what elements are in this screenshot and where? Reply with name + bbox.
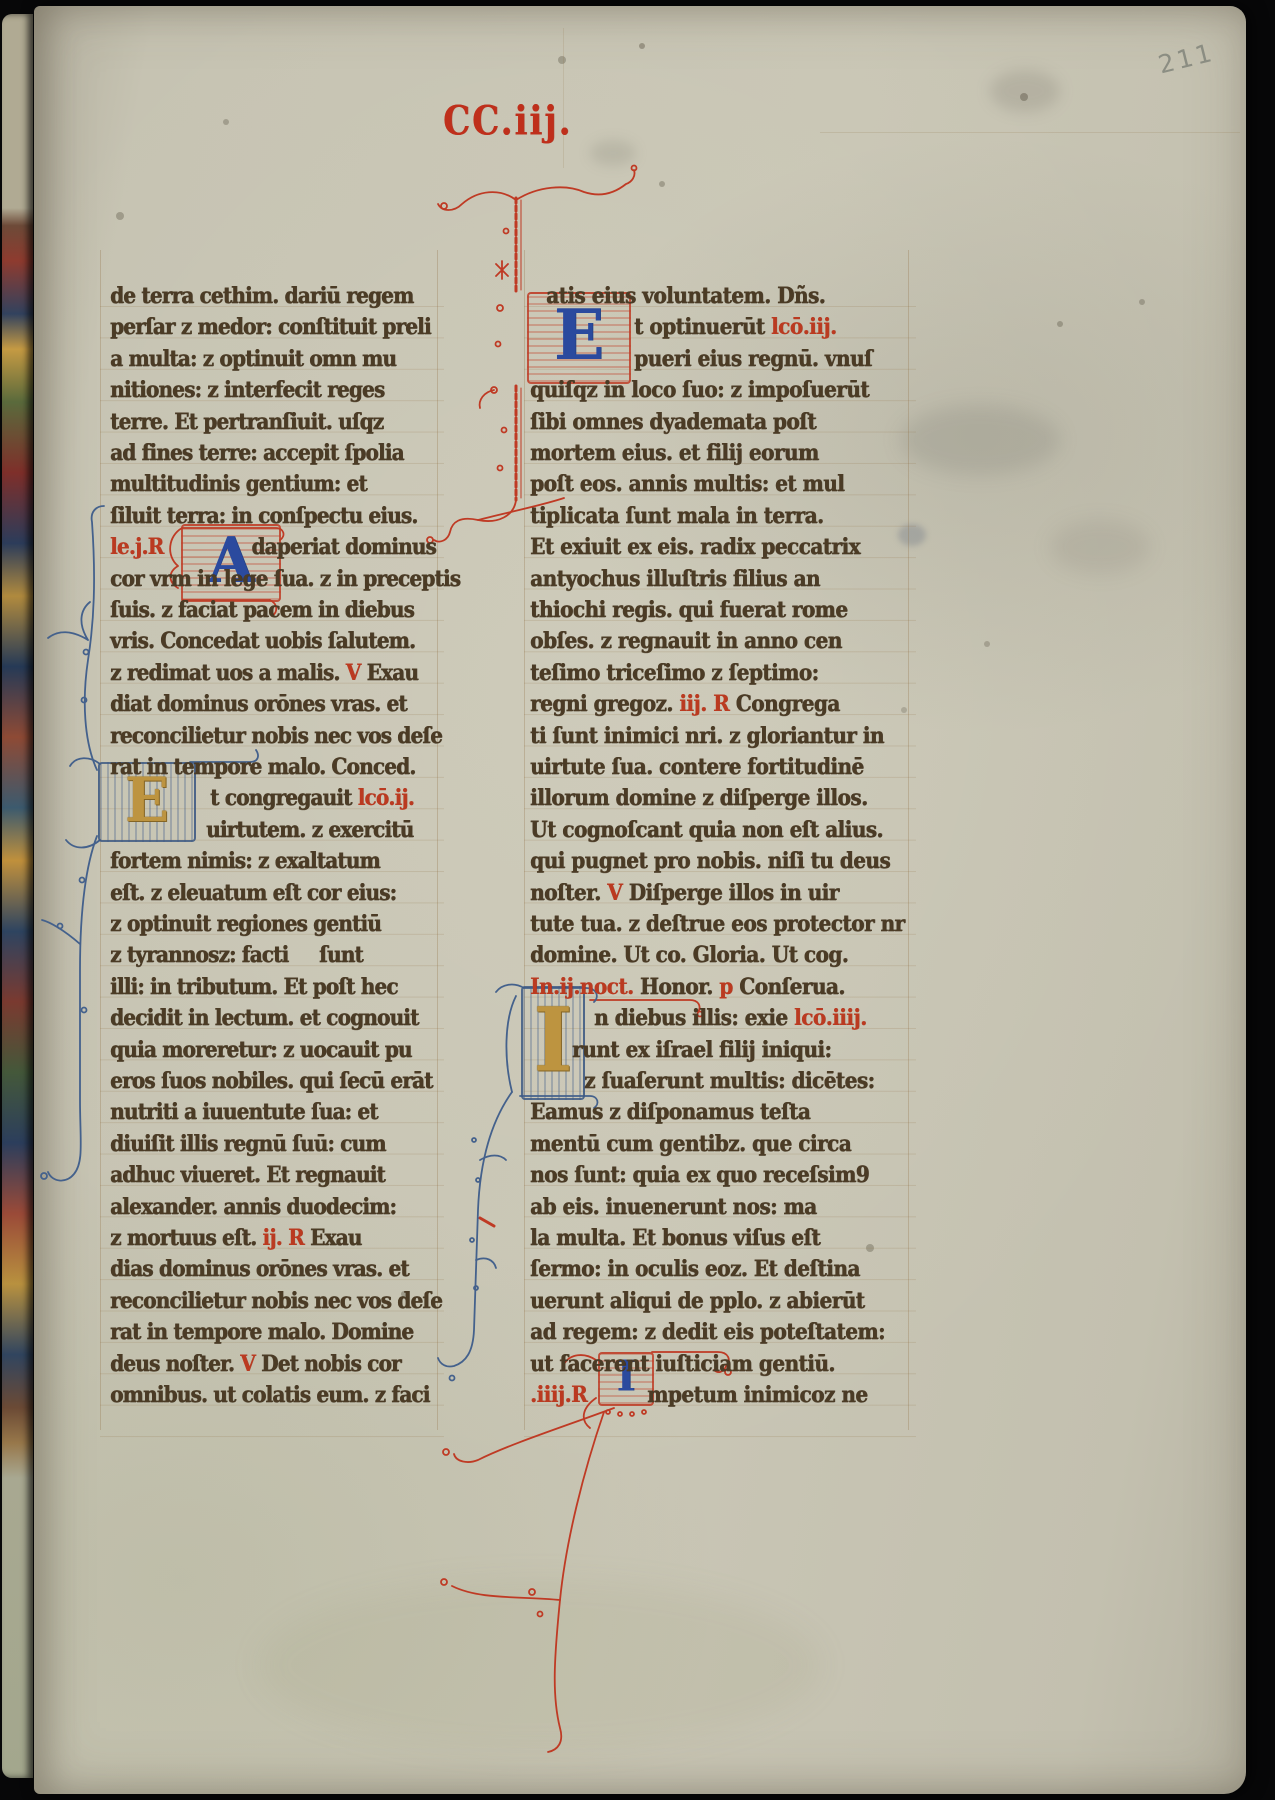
rubric-text: lcō.ij. bbox=[358, 784, 414, 810]
text-line: ut facerent iuſticiam gentiū. bbox=[530, 1349, 835, 1382]
body-text: Honor. bbox=[633, 973, 719, 999]
text-line: n diebus illis: exie lcō.iiij. bbox=[530, 1003, 867, 1036]
body-text: rat in tempore malo. Conced. bbox=[110, 753, 415, 779]
text-line: Eamus z diſponamus teſta bbox=[530, 1097, 810, 1130]
body-text: terre. Et pertranſiuit. uſqz bbox=[110, 408, 383, 434]
body-text: poſt eos. annis multis: et mul bbox=[530, 470, 844, 496]
page-header-roman-numeral: CC.iij. bbox=[443, 98, 572, 145]
body-text: a multa: z optinuit omn mu bbox=[110, 345, 396, 371]
body-text: cor vrm in lege ſua. z in preceptis bbox=[110, 565, 460, 591]
body-text: Diſperge illos in uir bbox=[629, 879, 839, 905]
body-text: perſar z medor: conſtituit preli bbox=[110, 313, 431, 339]
text-line: reconcilietur nobis nec vos deſe bbox=[110, 721, 442, 754]
body-text: ad regem: z dedit eis poteſtatem: bbox=[530, 1318, 885, 1344]
body-text: z redimat uos a malis. bbox=[110, 659, 346, 685]
text-line: la multa. Et bonus viſus eſt bbox=[530, 1223, 820, 1256]
body-text: diuiſit illis regnū ſuū: cum bbox=[110, 1130, 386, 1156]
body-text: obſes. z regnauit in anno cen bbox=[530, 627, 842, 653]
body-text: nitiones: z interfecit reges bbox=[110, 376, 384, 402]
rubric-text: In.ij.noct. bbox=[530, 973, 633, 999]
text-line: ti ſunt inimici nri. z gloriantur in bbox=[530, 721, 884, 754]
text-line: nutriti a iuuentute ſua: et bbox=[110, 1097, 378, 1130]
body-text: Exau bbox=[310, 1224, 361, 1250]
body-text: mentū cum gentibz. que circa bbox=[530, 1130, 851, 1156]
text-line: omnibus. ut colatis eum. z faci bbox=[110, 1380, 429, 1413]
text-line: deus noſter. V Det nobis cor bbox=[110, 1349, 401, 1382]
text-line: uirtute ſua. contere fortitudinē bbox=[530, 752, 864, 785]
body-text: rat in tempore malo. Domine bbox=[110, 1318, 413, 1344]
body-text: qui pugnet pro nobis. niſi tu deus bbox=[530, 847, 890, 873]
text-line: z mortuus eſt. ij. R Exau bbox=[110, 1223, 361, 1256]
body-text: ut facerent iuſticiam gentiū. bbox=[530, 1350, 835, 1376]
text-line: ab eis. inuenerunt nos: ma bbox=[530, 1192, 817, 1225]
text-line: perſar z medor: conſtituit preli bbox=[110, 312, 431, 345]
body-text: Exau bbox=[367, 659, 418, 685]
text-line: cor vrm in lege ſua. z in preceptis bbox=[110, 564, 460, 597]
body-text: n diebus illis: exie bbox=[594, 1004, 794, 1030]
text-line: uirtutem. z exercitū bbox=[110, 815, 413, 848]
body-text: quia moreretur: z uocauit pu bbox=[110, 1036, 412, 1062]
body-text: t optinuerūt bbox=[634, 313, 771, 339]
vertical-rule bbox=[908, 250, 909, 1430]
body-text: alexander. annis duodecim: bbox=[110, 1193, 396, 1219]
text-line: illi: in tributum. Et poſt hec bbox=[110, 972, 398, 1005]
text-line: Ut cognoſcant quia non eſt alius. bbox=[530, 815, 883, 848]
body-text: atis eius voluntatem. Dñs. bbox=[546, 282, 825, 308]
text-line: qui pugnet pro nobis. niſi tu deus bbox=[530, 846, 890, 879]
body-text: illi: in tributum. Et poſt hec bbox=[110, 973, 398, 999]
body-text: z ſuaſerunt multis: dicētes: bbox=[584, 1067, 874, 1093]
body-text: fortem nimis: z exaltatum bbox=[110, 847, 380, 873]
body-text: eros ſuos nobiles. qui ſecū erāt bbox=[110, 1067, 432, 1093]
body-text: eſt. z eleuatum eſt cor eius: bbox=[110, 879, 396, 905]
body-text: regni gregoz. bbox=[530, 690, 679, 716]
body-text: mpetum inimicoz ne bbox=[647, 1381, 867, 1407]
rubric-text: V bbox=[240, 1350, 261, 1376]
text-line: de terra cethim. dariū regem bbox=[110, 281, 413, 314]
text-line: dias dominus orōnes vras. et bbox=[110, 1254, 409, 1287]
text-line: diat dominus orōnes vras. et bbox=[110, 689, 407, 722]
text-line: alexander. annis duodecim: bbox=[110, 1192, 396, 1225]
text-line: teſimo triceſimo z ſeptimo: bbox=[530, 658, 818, 691]
text-line: a multa: z optinuit omn mu bbox=[110, 344, 396, 377]
body-text: decidit in lectum. et cognouit bbox=[110, 1004, 418, 1030]
body-text: Et exiuit ex eis. radix peccatrix bbox=[530, 533, 860, 559]
text-line: rat in tempore malo. Domine bbox=[110, 1317, 413, 1350]
text-line: regni gregoz. iij. R Congrega bbox=[530, 689, 840, 722]
rubric-text: .iiij.R bbox=[530, 1381, 587, 1407]
body-text: reconcilietur nobis nec vos deſe bbox=[110, 1287, 442, 1313]
text-line: mortem eius. et filij eorum bbox=[530, 438, 819, 471]
body-text: deus noſter. bbox=[110, 1350, 240, 1376]
text-line: z tyrannosz: facti ſunt bbox=[110, 940, 363, 973]
body-text: Det nobis cor bbox=[261, 1350, 401, 1376]
body-text: daperiat dominus bbox=[251, 533, 436, 559]
body-text: vris. Concedat uobis ſalutem. bbox=[110, 627, 415, 653]
text-line: obſes. z regnauit in anno cen bbox=[530, 626, 842, 659]
text-line: noſter. V Diſperge illos in uir bbox=[530, 878, 839, 911]
text-line: pueri eius regnū. vnuſ bbox=[530, 344, 872, 377]
vertical-rule bbox=[524, 250, 525, 1430]
text-line: decidit in lectum. et cognouit bbox=[110, 1003, 418, 1036]
text-line: eſt. z eleuatum eſt cor eius: bbox=[110, 878, 396, 911]
body-text: tiplicata ſunt mala in terra. bbox=[530, 502, 823, 528]
body-text: tute tua. z deſtrue eos protector nr bbox=[530, 910, 904, 936]
body-text: nos ſunt: quia ex quo receſsim9 bbox=[530, 1161, 869, 1187]
body-text: Ut cognoſcant quia non eſt alius. bbox=[530, 816, 883, 842]
text-line: ſermo: in oculis eoz. Et deſtina bbox=[530, 1254, 860, 1287]
text-line: .iiij.Rmpetum inimicoz ne bbox=[530, 1380, 867, 1413]
text-line: runt ex iſrael filij iniqui: bbox=[530, 1035, 831, 1068]
rubric-text: p bbox=[719, 973, 739, 999]
text-line: tute tua. z deſtrue eos protector nr bbox=[530, 909, 904, 942]
rubric-text: lcō.iij. bbox=[771, 313, 836, 339]
text-line: tiplicata ſunt mala in terra. bbox=[530, 501, 823, 534]
body-text: antyochus illuſtris filius an bbox=[530, 565, 820, 591]
body-text: z optinuit regiones gentiū bbox=[110, 910, 381, 936]
stain bbox=[900, 405, 1060, 475]
rubric-text: lcō.iiij. bbox=[794, 1004, 867, 1030]
text-line: In.ij.noct. Honor. p Conſerua. bbox=[530, 972, 845, 1005]
text-line: Et exiuit ex eis. radix peccatrix bbox=[530, 532, 860, 565]
body-text: nutriti a iuuentute ſua: et bbox=[110, 1098, 378, 1124]
body-text: noſter. bbox=[530, 879, 607, 905]
rubric-text: V bbox=[346, 659, 367, 685]
body-text: reconcilietur nobis nec vos deſe bbox=[110, 722, 442, 748]
text-line: eros ſuos nobiles. qui ſecū erāt bbox=[110, 1066, 432, 1099]
text-line: reconcilietur nobis nec vos deſe bbox=[110, 1286, 442, 1319]
body-text: z mortuus eſt. bbox=[110, 1224, 262, 1250]
text-line: nitiones: z interfecit reges bbox=[110, 375, 384, 408]
text-line: antyochus illuſtris filius an bbox=[530, 564, 820, 597]
text-line: mentū cum gentibz. que circa bbox=[530, 1129, 851, 1162]
parchment-specks bbox=[0, 0, 4, 4]
text-line: atis eius voluntatem. Dñs. bbox=[530, 281, 825, 314]
text-line: illorum domine z diſperge illos. bbox=[530, 783, 867, 816]
body-text: uirtute ſua. contere fortitudinē bbox=[530, 753, 864, 779]
text-line: quiſqz in loco ſuo: z impoſuerūt bbox=[530, 375, 869, 408]
body-text: teſimo triceſimo z ſeptimo: bbox=[530, 659, 818, 685]
text-line: vris. Concedat uobis ſalutem. bbox=[110, 626, 415, 659]
text-line: t congregauit lcō.ij. bbox=[110, 783, 414, 816]
body-text: Congrega bbox=[736, 690, 840, 716]
text-line: rat in tempore malo. Conced. bbox=[110, 752, 415, 785]
rubric-text: V bbox=[607, 879, 628, 905]
body-text: la multa. Et bonus viſus eſt bbox=[530, 1224, 820, 1250]
body-text: runt ex iſrael filij iniqui: bbox=[572, 1036, 831, 1062]
body-text: ab eis. inuenerunt nos: ma bbox=[530, 1193, 817, 1219]
rubric-text: le.j.R bbox=[110, 533, 163, 559]
body-text: ti ſunt inimici nri. z gloriantur in bbox=[530, 722, 884, 748]
text-line: thiochi regis. qui fuerat rome bbox=[530, 595, 847, 628]
text-line: z redimat uos a malis. V Exau bbox=[110, 658, 418, 691]
body-text: multitudinis gentium: et bbox=[110, 470, 367, 496]
body-text: uirtutem. z exercitū bbox=[206, 816, 413, 842]
vertical-rule bbox=[437, 250, 438, 1430]
body-text: ſiluit terra: in conſpectu eius. bbox=[110, 502, 417, 528]
body-text: uerunt aliqui de pplo. z abierūt bbox=[530, 1287, 864, 1313]
text-line: ſibi omnes dyademata poſt bbox=[530, 407, 816, 440]
body-text: t congregauit bbox=[210, 784, 358, 810]
body-text: Conſerua. bbox=[739, 973, 845, 999]
body-text: de terra cethim. dariū regem bbox=[110, 282, 413, 308]
body-text: quiſqz in loco ſuo: z impoſuerūt bbox=[530, 376, 869, 402]
facing-page-illuminated-edge bbox=[2, 14, 33, 1778]
text-line: ſiluit terra: in conſpectu eius. bbox=[110, 501, 417, 534]
text-line: fortem nimis: z exaltatum bbox=[110, 846, 380, 879]
body-text: Eamus z diſponamus teſta bbox=[530, 1098, 810, 1124]
body-text: illorum domine z diſperge illos. bbox=[530, 784, 867, 810]
body-text: domine. Ut co. Gloria. Ut cog. bbox=[530, 941, 848, 967]
text-line: ad fines terre: accepit ſpolia bbox=[110, 438, 404, 471]
text-line: quia moreretur: z uocauit pu bbox=[110, 1035, 412, 1068]
body-text: z tyrannosz: facti ſunt bbox=[110, 941, 363, 967]
text-line: nos ſunt: quia ex quo receſsim9 bbox=[530, 1160, 869, 1193]
text-line: adhuc viueret. Et regnauit bbox=[110, 1160, 385, 1193]
text-line: domine. Ut co. Gloria. Ut cog. bbox=[530, 940, 848, 973]
body-text: omnibus. ut colatis eum. z faci bbox=[110, 1381, 429, 1407]
body-text: mortem eius. et filij eorum bbox=[530, 439, 819, 465]
text-line: t optinuerūt lcō.iij. bbox=[530, 312, 836, 345]
body-text: ad fines terre: accepit ſpolia bbox=[110, 439, 404, 465]
text-line: ad regem: z dedit eis poteſtatem: bbox=[530, 1317, 885, 1350]
body-text: adhuc viueret. Et regnauit bbox=[110, 1161, 385, 1187]
text-line: ſuis. z faciat pacem in diebus bbox=[110, 595, 414, 628]
rubric-text: iij. R bbox=[679, 690, 735, 716]
text-line: z ſuaſerunt multis: dicētes: bbox=[530, 1066, 874, 1099]
body-text: diat dominus orōnes vras. et bbox=[110, 690, 407, 716]
body-text: pueri eius regnū. vnuſ bbox=[634, 345, 872, 371]
text-line: le.j.Rdaperiat dominus bbox=[110, 532, 436, 565]
text-line: terre. Et pertranſiuit. uſqz bbox=[110, 407, 383, 440]
text-line: z optinuit regiones gentiū bbox=[110, 909, 381, 942]
text-line: multitudinis gentium: et bbox=[110, 469, 367, 502]
text-line: poſt eos. annis multis: et mul bbox=[530, 469, 844, 502]
rubric-text: ij. R bbox=[262, 1224, 310, 1250]
body-text: thiochi regis. qui fuerat rome bbox=[530, 596, 847, 622]
horizontal-rule bbox=[820, 132, 1240, 133]
manuscript-page-photo: CC.iij. 211 A E E I I de terra cethim. d… bbox=[0, 0, 1275, 1800]
body-text: ſibi omnes dyademata poſt bbox=[530, 408, 816, 434]
body-text: ſuis. z faciat pacem in diebus bbox=[110, 596, 414, 622]
text-line: uerunt aliqui de pplo. z abierūt bbox=[530, 1286, 864, 1319]
body-text: ſermo: in oculis eoz. Et deſtina bbox=[530, 1255, 860, 1281]
text-line: diuiſit illis regnū ſuū: cum bbox=[110, 1129, 386, 1162]
body-text: dias dominus orōnes vras. et bbox=[110, 1255, 409, 1281]
